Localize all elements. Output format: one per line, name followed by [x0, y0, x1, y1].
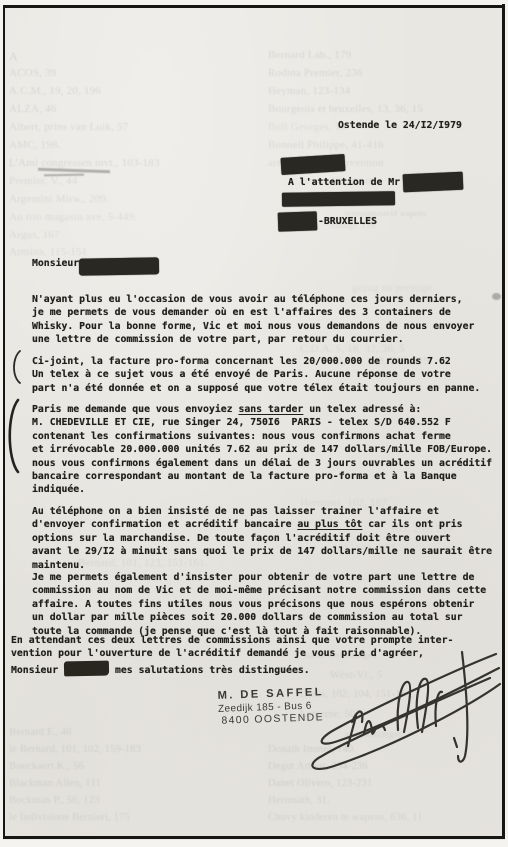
bleedthrough-fragment: le Bernard, 101, 102, 159-183 — [9, 744, 141, 755]
page-border-bottom — [3, 836, 504, 839]
letter-line: Paris me demande que vous envoyiez sans … — [32, 403, 492, 416]
bleedthrough-fragment: Chuvy kinderen te wapens, 636, 11 — [268, 812, 423, 823]
scan-margin-bottom — [0, 840, 508, 847]
bleedthrough-fragment: Au trio magasin ave, 5-449. — [9, 211, 137, 223]
letter-line: commission au nom de Vic et de moi-même … — [32, 584, 486, 597]
bleedthrough-fragment: le Indivisione Bernieri, 175 — [9, 812, 130, 823]
bleedthrough-fragment: Argus, 167 — [9, 229, 60, 241]
bleedthrough-fragment: Bourgeois et bruxelles, 13, 36, 15 — [268, 103, 423, 115]
bleedthrough-fragment: Bonnell Philippe, 41-416 — [268, 139, 384, 151]
bleedthrough-fragment: ALZA, 46 — [9, 103, 56, 115]
handwritten-margin-bracket-small — [8, 349, 22, 385]
letter-line: bancaire correspondant au montant de la … — [32, 470, 492, 483]
letter-line: M. CHEDEVILLE ET CIE, rue Singer 24, 750… — [32, 416, 492, 429]
page-border-top — [3, 5, 504, 8]
handwritten-margin-bracket-large — [4, 398, 20, 474]
bleedthrough-fragment: Danet Olivero, 123-231 — [268, 778, 372, 789]
letter-paragraph: Je me permets également d'insister pour … — [32, 571, 486, 638]
scanned-letter: AACOS, 39A.C.M., 19, 20, 196ALZA, 46Albe… — [0, 0, 508, 847]
bleedthrough-fragment: Bernard F., 46 — [9, 727, 72, 738]
bleedthrough-fragment: Bull Georges, 18 — [268, 121, 346, 133]
letter-line: N'ayant plus eu l'occasion de vous avoir… — [32, 293, 474, 306]
bleedthrough-fragment: Argentini Mirw., 209. — [9, 193, 109, 205]
letter-line: avant le 29/I2 à minuit sans quoi le pri… — [32, 545, 492, 558]
redaction-postal-code — [278, 211, 318, 231]
bleedthrough-fragment: Premier, V., 44 — [9, 175, 77, 187]
letter-line: Un telex à ce sujet vous a été envoyé de… — [32, 368, 480, 381]
letter-line: Ci-joint, la facture pro-forma concernan… — [32, 355, 480, 368]
bleedthrough-fragment: A.C.M., 19, 20, 196 — [9, 85, 101, 97]
redaction-address-line — [282, 191, 395, 207]
city-line: -BRUXELLES — [318, 216, 377, 227]
letter-line: part n'a été donnée et on a supposé que … — [32, 382, 480, 395]
attention-line: A l'attention de Mr — [288, 177, 400, 188]
letter-line: nous vous confirmons également dans un d… — [32, 457, 492, 470]
bleedthrough-fragment: AMC, 198. — [9, 139, 61, 151]
letter-line: options sur la marchandise. De toute faç… — [32, 532, 492, 545]
bleedthrough-fragment: Hermsath, 31. — [268, 795, 330, 806]
letter-line: Je me permets également d'insister pour … — [32, 571, 486, 584]
bleedthrough-fragment: Rodina Premier, 236 — [268, 67, 363, 79]
letter-line: et irrévocable 20.000.000 unités 7.62 au… — [32, 443, 492, 456]
bleedthrough-fragment: A — [9, 49, 18, 64]
bleedthrough-fragment: Bernard Lab., 179 — [268, 49, 351, 61]
letter-paragraph: Ci-joint, la facture pro-forma concernan… — [32, 355, 480, 395]
bleedthrough-fragment: Armina, 115-151 — [9, 246, 87, 258]
letter-line: un dollar par mille pièces soit 20.000 d… — [32, 611, 486, 624]
redaction-salutation-name — [79, 257, 159, 275]
redaction-closing-name — [64, 660, 109, 676]
bleedthrough-fragment: Bockman P., 56, 123 — [9, 795, 100, 806]
letter-line: indiquée. — [32, 483, 492, 496]
letter-line: je me permets de vous demander où en est… — [32, 306, 474, 319]
bleedthrough-fragment: L'Ami congressen mvt., 103-183 — [9, 157, 160, 169]
letter-line: contenant les confirmations suivantes: n… — [32, 430, 492, 443]
bleedthrough-fragment: ACOS, 39 — [9, 67, 56, 79]
letter-paragraph: N'ayant plus eu l'occasion de vous avoir… — [32, 293, 474, 347]
bleedthrough-fragment: Albert, prins van Luik, 57 — [9, 121, 128, 133]
letter-line: une lettre de commission de votre part, … — [32, 333, 474, 346]
letter-line: d'envoyer confirmation et acréditif banc… — [32, 518, 492, 531]
salutation-line: Monsieur — [32, 258, 79, 269]
bleedthrough-fragment: Bouckaert K., 56 — [9, 761, 84, 772]
letter-line: affaire. A toutes fins utiles nous vous … — [32, 598, 486, 611]
letter-paragraph: Au téléphone on a bien insisté de ne pas… — [32, 505, 492, 572]
bleedthrough-fragment: Heyman, 123-134 — [268, 85, 350, 97]
letter-paragraph: Paris me demande que vous envoyiez sans … — [32, 403, 492, 497]
ink-dot — [492, 293, 501, 300]
date-line: Ostende le 24/I2/I979 — [338, 120, 462, 131]
bleedthrough-fragment: Blackman Allen, 111 — [9, 778, 101, 789]
letter-line: Whisky. Pour la bonne forme, Vic et moi … — [32, 320, 474, 333]
handwritten-signature — [300, 638, 505, 778]
redaction-recipient-name — [403, 172, 464, 193]
letter-line: Au téléphone on a bien insisté de ne pas… — [32, 505, 492, 518]
